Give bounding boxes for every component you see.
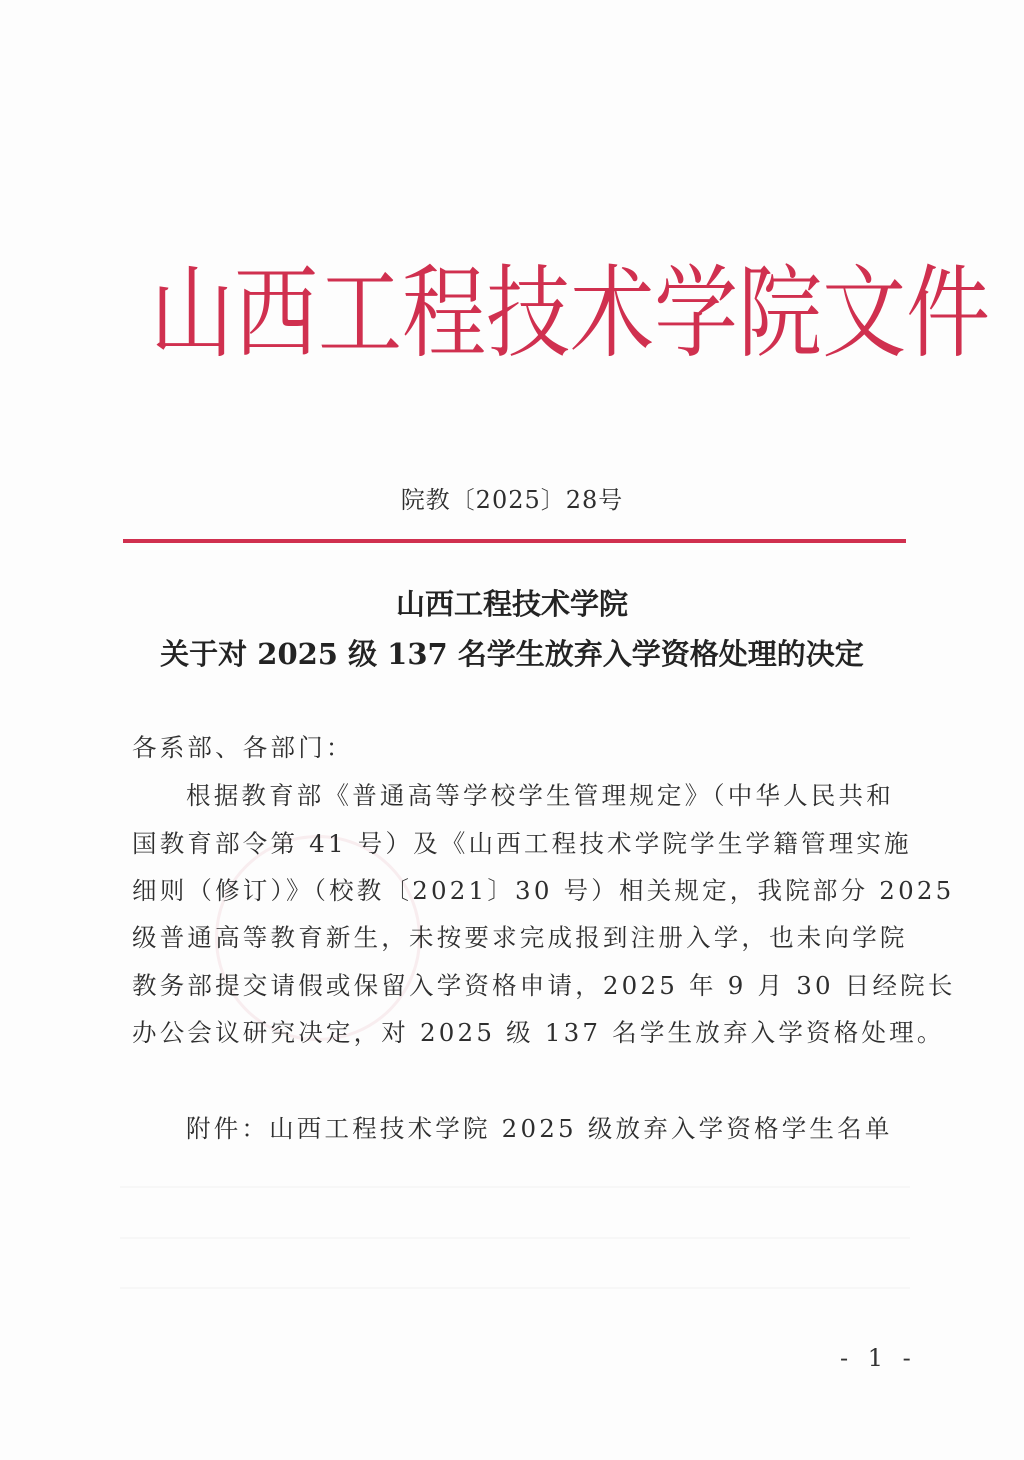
show-through-line bbox=[120, 1287, 910, 1289]
header-title-char: 院 bbox=[738, 247, 822, 379]
page-number: - 1 - bbox=[840, 1344, 917, 1372]
header-title-char: 西 bbox=[234, 247, 318, 379]
attachment-note: 附件：山西工程技术学院 2025 级放弃入学资格学生名单 bbox=[186, 1110, 968, 1145]
red-separator-line bbox=[123, 539, 906, 543]
header-title-char: 程 bbox=[402, 247, 486, 379]
header-title-char: 术 bbox=[570, 247, 654, 379]
body-line: 教务部提交请假或保留入学资格申请，2025 年 9 月 30 日经院长 bbox=[132, 967, 914, 1002]
document-number: 院教〔2025〕28号 bbox=[0, 480, 1024, 515]
body-line: 细则（修订）》（校教〔2021〕30 号）相关规定，我院部分 2025 bbox=[132, 872, 914, 907]
body-line: 根据教育部《普通高等学校学生管理规定》（中华人民共和 bbox=[186, 777, 968, 812]
decision-title-line2: 关于对 2025 级 137 名学生放弃入学资格处理的决定 bbox=[0, 632, 1024, 673]
show-through-line bbox=[120, 1186, 910, 1188]
header-title-char: 技 bbox=[486, 247, 570, 379]
show-through-line bbox=[120, 1237, 910, 1239]
header-title-char: 工 bbox=[318, 247, 402, 379]
header-title-char: 学 bbox=[654, 247, 738, 379]
body-line: 国教育部令第 41 号）及《山西工程技术学院学生学籍管理实施 bbox=[132, 825, 914, 860]
body-line: 级普通高等教育新生，未按要求完成报到注册入学，也未向学院 bbox=[132, 919, 914, 954]
header-title-char: 文 bbox=[822, 247, 906, 379]
header-title-char: 山 bbox=[150, 247, 234, 379]
document-header-title: 山 西 工 程 技 术 学 院 文 件 bbox=[150, 258, 874, 368]
header-title-char: 件 bbox=[906, 247, 990, 379]
decision-title-line1: 山西工程技术学院 bbox=[0, 582, 1024, 623]
body-line: 办公会议研究决定，对 2025 级 137 名学生放弃入学资格处理。 bbox=[132, 1014, 914, 1049]
document-page: 山 西 工 程 技 术 学 院 文 件 院教〔2025〕28号 山西工程技术学院… bbox=[0, 0, 1024, 1460]
salutation: 各系部、各部门： bbox=[132, 729, 914, 764]
